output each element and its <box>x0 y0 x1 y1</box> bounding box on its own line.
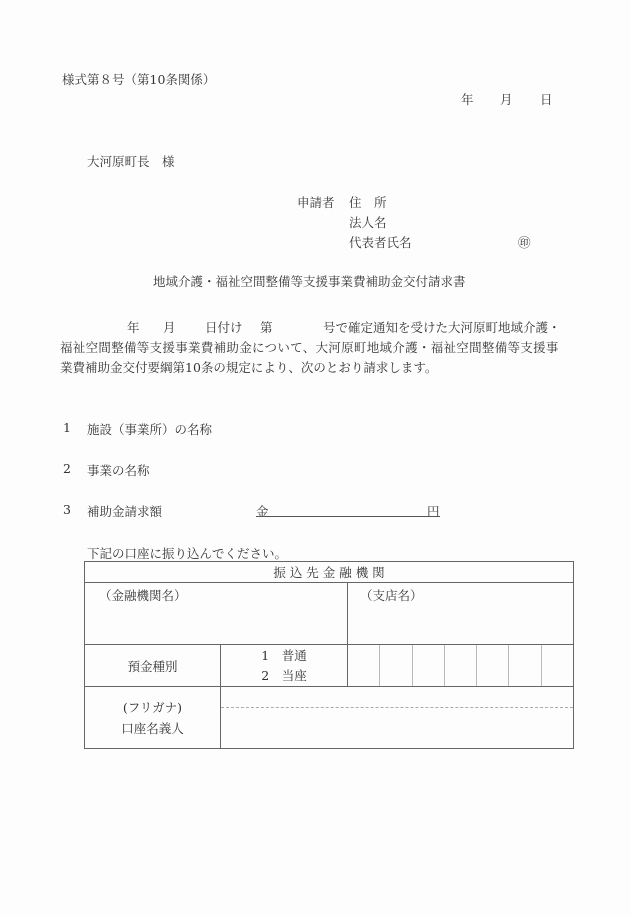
account-holder-label-cell: (フリガナ) 口座名義人 <box>85 687 221 749</box>
form-number: 様式第８号（第10条関係） <box>62 70 215 88</box>
item-label: 施設（事業所）の名称 <box>87 420 212 438</box>
corp-name-label: 法人名 <box>349 213 387 231</box>
applicant-label: 申請者 <box>297 193 335 211</box>
account-holder-cell[interactable] <box>221 687 574 749</box>
item-number: 3 <box>63 502 71 517</box>
representative-label: 代表者氏名 <box>349 233 412 251</box>
seal-icon: ㊞ <box>518 233 531 251</box>
account-holder-label: 口座名義人 <box>85 718 220 739</box>
account-holder-field[interactable] <box>221 708 573 748</box>
bank-table: 振 込 先 金 融 機 関 （金融機関名） （支店名） 預金種別 1 普通 2 … <box>84 561 574 749</box>
body-year: 年 <box>127 318 140 336</box>
amount-prefix: 金 <box>256 502 269 520</box>
body-dated: 日付け <box>205 318 243 336</box>
amount-underline <box>256 516 440 517</box>
body-line1-rest: 号で確定通知を受けた大河原町地域介護・ <box>323 318 561 336</box>
furigana-field[interactable] <box>221 687 573 708</box>
item-number: 1 <box>63 420 71 435</box>
body-line3: 業費補助金交付要綱第10条の規定により、次のとおり請求します。 <box>60 358 437 376</box>
deposit-type-options[interactable]: 1 普通 2 当座 <box>221 645 348 687</box>
deposit-type-label: 預金種別 <box>85 645 221 687</box>
addressee: 大河原町長 様 <box>87 152 175 170</box>
date-month: 月 <box>500 90 513 108</box>
body-line2: 福祉空間整備等支援事業費補助金について、大河原町地域介護・福祉空間整備等支援事 <box>60 338 559 356</box>
document-title: 地域介護・福祉空間整備等支援事業費補助金交付請求書 <box>153 272 466 290</box>
account-number-boxes[interactable] <box>348 645 573 686</box>
bank-name-label: （金融機関名） <box>99 588 187 603</box>
account-digit-box[interactable] <box>476 645 508 686</box>
body-month: 月 <box>163 318 176 336</box>
account-digit-box[interactable] <box>379 645 411 686</box>
furigana-label: (フリガナ) <box>85 697 220 718</box>
date-day: 日 <box>540 90 553 108</box>
body-no: 第 <box>260 318 273 336</box>
date-year: 年 <box>461 90 474 108</box>
address-label: 住 所 <box>349 193 387 211</box>
item-label: 補助金請求額 <box>87 502 162 520</box>
transfer-note: 下記の口座に振り込んでください。 <box>87 544 287 562</box>
account-number-cell[interactable] <box>348 645 574 687</box>
branch-label: （支店名） <box>360 588 423 603</box>
deposit-option-current[interactable]: 2 当座 <box>221 666 347 686</box>
bank-name-cell[interactable]: （金融機関名） <box>85 583 348 645</box>
amount-suffix: 円 <box>427 502 440 520</box>
account-digit-box[interactable] <box>348 645 379 686</box>
account-digit-box[interactable] <box>508 645 540 686</box>
bank-table-header: 振 込 先 金 融 機 関 <box>85 562 574 583</box>
account-digit-box[interactable] <box>541 645 573 686</box>
account-digit-box[interactable] <box>444 645 476 686</box>
deposit-option-ordinary[interactable]: 1 普通 <box>221 646 347 666</box>
account-digit-box[interactable] <box>412 645 444 686</box>
branch-cell[interactable]: （支店名） <box>348 583 574 645</box>
item-label: 事業の名称 <box>87 461 150 479</box>
item-number: 2 <box>63 461 71 476</box>
